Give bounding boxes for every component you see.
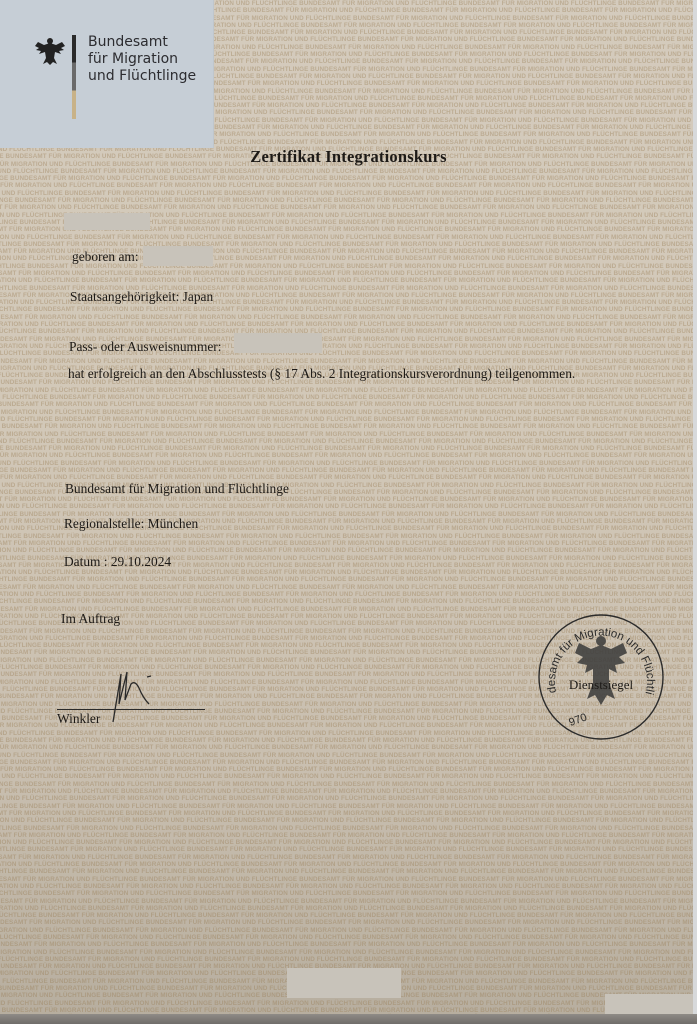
logo-line-3: und Flüchtlinge [88, 68, 196, 85]
redacted-footer-left [287, 968, 401, 998]
logo-wordmark: Bundesamt für Migration und Flüchtlinge [88, 34, 196, 85]
redacted-name [64, 213, 150, 230]
nationality-line: Staatsangehörigkeit: Japan [70, 289, 213, 305]
passport-label: Pass- oder Ausweisnummer: [69, 339, 222, 355]
document-title: Zertifikat Integrationskurs [0, 147, 697, 167]
birth-date-label: geboren am: [72, 249, 139, 265]
page-edge [693, 0, 697, 1024]
on-behalf-label: Im Auftrag [61, 611, 120, 627]
svg-text:970: 970 [567, 711, 588, 729]
official-seal-stamp: Bundesamt für Migration und Flüchtlinge … [537, 613, 665, 741]
bamf-logo-block: Bundesamt für Migration und Flüchtlinge [0, 0, 214, 148]
certificate-page: BUNDESAMT FÜR MIGRATION UND FLÜCHTLINGE … [0, 0, 697, 1016]
scan-background-strip [0, 1014, 697, 1024]
svg-text:Dienstsiegel: Dienstsiegel [569, 677, 634, 692]
signature-icon [105, 664, 165, 724]
redacted-footer-right [605, 994, 697, 1016]
redacted-birth-date [143, 246, 213, 266]
completion-statement: hat erfolgreich an den Abschlusstests (§… [68, 366, 575, 382]
federal-eagle-icon [575, 636, 627, 705]
flag-color-bar [72, 35, 76, 119]
logo-line-2: für Migration [88, 51, 196, 68]
issuing-authority: Bundesamt für Migration und Flüchtlinge [65, 481, 289, 497]
federal-eagle-icon [34, 36, 66, 66]
issue-date: Datum : 29.10.2024 [64, 554, 171, 570]
signatory-name: Winkler [57, 711, 100, 727]
regional-office: Regionalstelle: München [64, 516, 198, 532]
signature-line [57, 709, 205, 710]
redacted-passport-number [234, 333, 322, 353]
logo-line-1: Bundesamt [88, 34, 196, 51]
